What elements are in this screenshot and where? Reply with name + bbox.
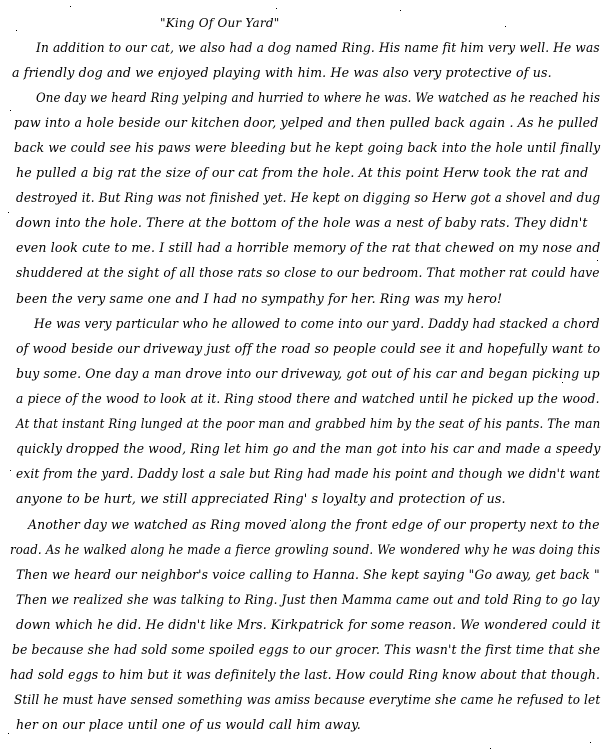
scan-speck — [276, 8, 277, 9]
text-line: anyone to be hurt, we still appreciated … — [16, 491, 506, 507]
text-line: down which he did. He didn't like Mrs. K… — [16, 617, 600, 633]
scan-speck — [290, 520, 291, 521]
scan-speck — [490, 748, 491, 749]
text-line: quickly dropped the wood, Ring let him g… — [16, 441, 600, 457]
text-line: a friendly dog and we enjoyed playing wi… — [12, 65, 552, 81]
text-line: road. As he walked along he made a fierc… — [10, 542, 600, 558]
text-line: One day we heard Ring yelping and hurrie… — [36, 90, 600, 106]
document-page: "King Of Our Yard" In addition to our ca… — [0, 0, 613, 753]
text-line: shuddered at the sight of all those rats… — [16, 265, 600, 281]
scan-speck — [597, 260, 598, 261]
text-line: he pulled a big rat the size of our cat … — [16, 165, 588, 181]
scan-speck — [10, 470, 11, 471]
document-title: "King Of Our Yard" — [160, 16, 279, 30]
text-line: buy some. One day a man drove into our d… — [16, 366, 600, 382]
text-line: At that instant Ring lunged at the poor … — [16, 416, 600, 432]
text-line: back we could see his paws were bleeding… — [14, 140, 600, 156]
text-line: had sold eggs to him but it was definite… — [10, 667, 600, 683]
scan-speck — [8, 733, 9, 734]
text-line: a piece of the wood to look at it. Ring … — [16, 391, 600, 407]
text-line: He was very particular who he allowed to… — [34, 316, 600, 332]
scan-speck — [590, 742, 591, 743]
text-line: In addition to our cat, we also had a do… — [36, 40, 600, 56]
scan-speck — [505, 26, 506, 27]
scan-speck — [562, 382, 563, 383]
text-line: paw into a hole beside our kitchen door,… — [14, 115, 598, 131]
text-line: of wood beside our driveway just off the… — [16, 341, 600, 357]
text-line: Still he must have sensed something was … — [14, 692, 600, 708]
scan-speck — [400, 10, 401, 11]
text-line: Another day we watched as Ring moved alo… — [28, 517, 600, 533]
text-line: be because she had sold some spoiled egg… — [12, 642, 600, 658]
text-line: exit from the yard. Daddy lost a sale bu… — [16, 466, 600, 482]
text-line: even look cute to me. I still had a horr… — [16, 240, 600, 256]
text-line: Then we heard our neighbor's voice calli… — [16, 567, 600, 583]
text-line: Then we realized she was talking to Ring… — [16, 592, 600, 608]
text-line: destroyed it. But Ring was not finished … — [16, 190, 600, 206]
scan-speck — [10, 110, 11, 111]
text-line: down into the hole. There at the bottom … — [16, 215, 588, 231]
scan-speck — [8, 212, 9, 213]
scan-speck — [70, 6, 71, 7]
text-line: her on our place until one of us would c… — [16, 717, 361, 733]
text-line: been the very same one and I had no symp… — [16, 291, 502, 307]
scan-speck — [16, 30, 17, 31]
